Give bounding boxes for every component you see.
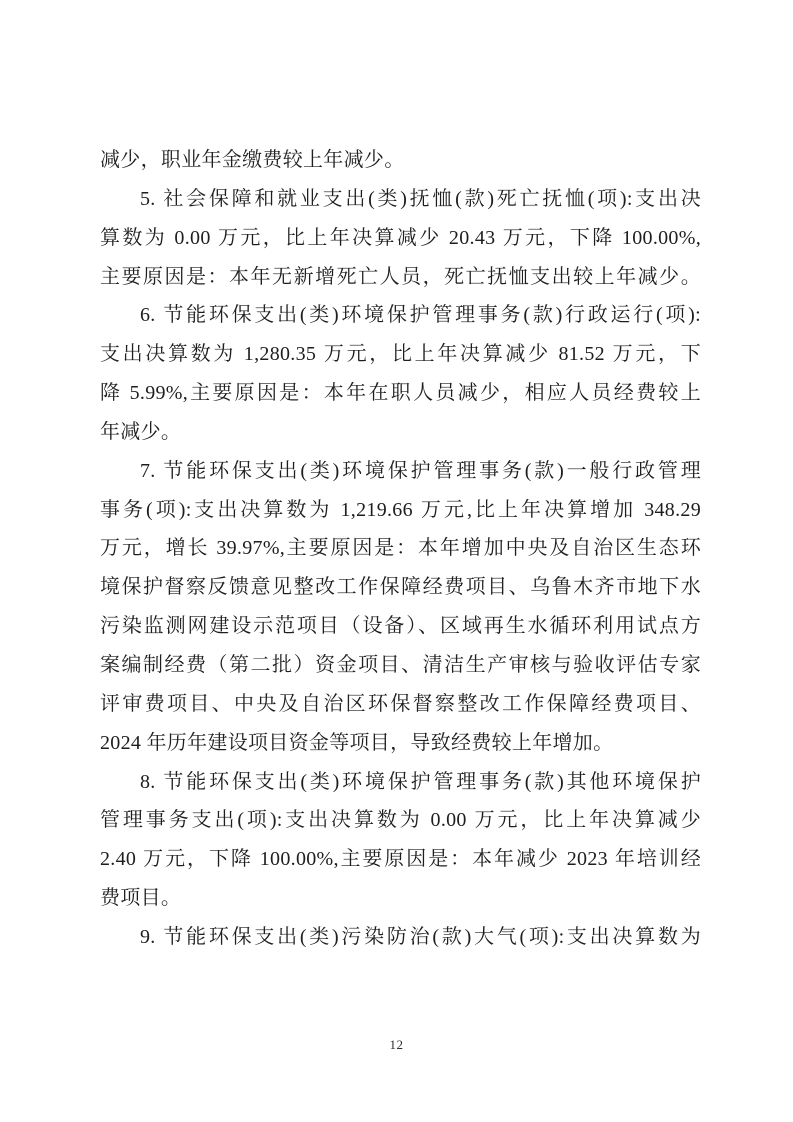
paragraph: 5. 社会保障和就业支出(类)抚恤(款)死亡抚恤(项):支出决算数为 0.00 … [100,180,701,297]
paragraph: 7. 节能环保支出(类)环境保护管理事务(款)一般行政管理事务(项):支出决算数… [100,452,701,763]
text-line: 主要原因是：本年无新增死亡人员，死亡抚恤支出较上年减少。 [100,258,701,297]
paragraph: 8. 节能环保支出(类)环境保护管理事务(款)其他环境保护管理事务支出(项):支… [100,763,701,918]
text-line: 算数为 0.00 万元，比上年决算减少 20.43 万元，下降 100.00%, [100,219,701,258]
text-line: 案编制经费（第二批）资金项目、清洁生产审核与验收评估专家 [100,646,701,685]
text-line: 9. 节能环保支出(类)污染防治(款)大气(项):支出决算数为 [100,918,701,957]
page-footer: 12 [0,1036,793,1054]
text-line: 减少，职业年金缴费较上年减少。 [100,141,701,180]
text-line: 5. 社会保障和就业支出(类)抚恤(款)死亡抚恤(项):支出决 [100,180,701,219]
text-line: 事务(项):支出决算数为 1,219.66 万元,比上年决算增加 348.29 [100,491,701,530]
text-line: 7. 节能环保支出(类)环境保护管理事务(款)一般行政管理 [100,452,701,491]
text-line: 8. 节能环保支出(类)环境保护管理事务(款)其他环境保护 [100,763,701,802]
text-line: 费项目。 [100,879,701,918]
text-line: 2024 年历年建设项目资金等项目，导致经费较上年增加。 [100,724,701,763]
document-body: 减少，职业年金缴费较上年减少。5. 社会保障和就业支出(类)抚恤(款)死亡抚恤(… [100,141,701,957]
text-line: 降 5.99%,主要原因是：本年在职人员减少，相应人员经费较上 [100,374,701,413]
text-line: 2.40 万元，下降 100.00%,主要原因是：本年减少 2023 年培训经 [100,840,701,879]
paragraph: 减少，职业年金缴费较上年减少。 [100,141,701,180]
text-line: 6. 节能环保支出(类)环境保护管理事务(款)行政运行(项): [100,296,701,335]
page-number: 12 [390,1037,404,1052]
text-line: 管理事务支出(项):支出决算数为 0.00 万元，比上年决算减少 [100,801,701,840]
text-line: 污染监测网建设示范项目（设备）、区域再生水循环利用试点方 [100,607,701,646]
paragraph: 6. 节能环保支出(类)环境保护管理事务(款)行政运行(项):支出决算数为 1,… [100,296,701,451]
paragraph: 9. 节能环保支出(类)污染防治(款)大气(项):支出决算数为 [100,918,701,957]
document-page: 减少，职业年金缴费较上年减少。5. 社会保障和就业支出(类)抚恤(款)死亡抚恤(… [0,0,793,1122]
text-line: 境保护督察反馈意见整改工作保障经费项目、乌鲁木齐市地下水 [100,568,701,607]
text-line: 年减少。 [100,413,701,452]
text-line: 支出决算数为 1,280.35 万元，比上年决算减少 81.52 万元，下 [100,335,701,374]
text-line: 评审费项目、中央及自治区环保督察整改工作保障经费项目、 [100,685,701,724]
text-line: 万元，增长 39.97%,主要原因是：本年增加中央及自治区生态环 [100,529,701,568]
